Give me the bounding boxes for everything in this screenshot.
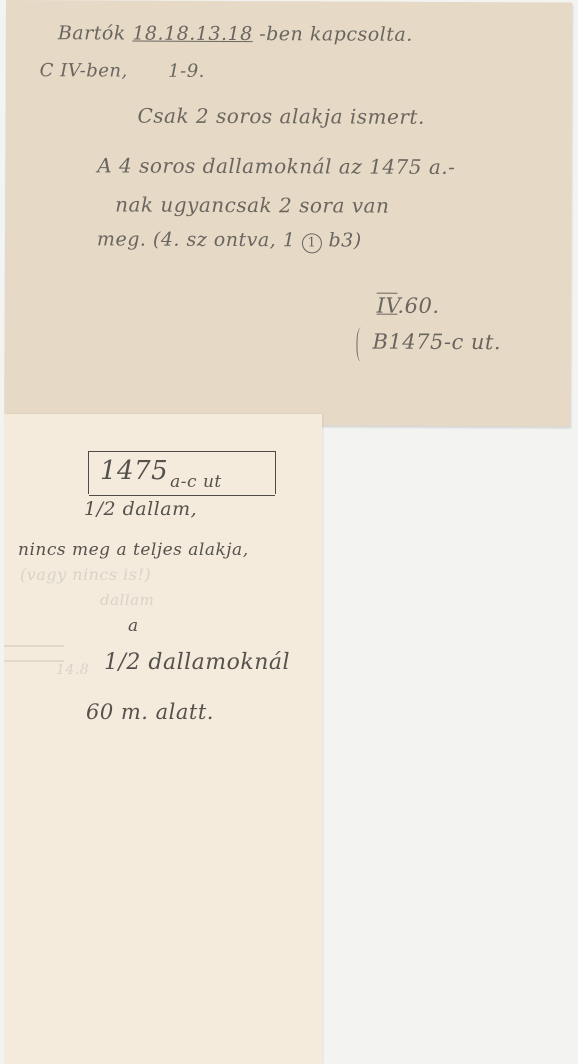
range-ref: 1-9. — [168, 61, 205, 82]
paper-fold-mark — [4, 645, 64, 647]
note-line-reference: meg. (4. sz ontva, 1 1 b3) — [97, 228, 362, 253]
heading-subscript: a-c ut — [170, 472, 222, 492]
top-note-card: Bartók 18.18.13.18 -ben kapcsolta. C IV-… — [4, 0, 572, 426]
line1-suffix: -ben kapcsolta. — [259, 23, 413, 46]
bracket-mark — [356, 328, 367, 362]
author-name: Bartók — [58, 22, 126, 44]
roman-numeral: IV — [377, 294, 398, 318]
reference-suffix: b3) — [328, 229, 361, 251]
catalog-number-value: .60. — [397, 294, 439, 318]
note-line-four-row-melodies: A 4 soros dallamoknál az 1475 a.- — [97, 153, 455, 179]
bleed-through-text: (vagy nincs is!) — [20, 565, 151, 584]
bleed-through-text: 14.8 — [56, 662, 89, 678]
note-line-under-60: 60 m. alatt. — [86, 700, 214, 724]
note-line-civ: C IV-ben, 1-9. — [40, 60, 205, 82]
bleed-through-text: dallam — [100, 591, 154, 609]
note-line-also-two-rows: nak ugyancsak 2 sora van — [115, 192, 389, 217]
catalog-number: IV.60. — [377, 294, 440, 318]
reference-prefix: meg. (4. sz ontva, 1 — [97, 228, 296, 251]
section-ref: C IV-ben, — [40, 60, 128, 81]
song-numbers: 18.18.13.18 — [132, 23, 252, 46]
note-line-only-two-rows: Csak 2 soros alakja ismert. — [137, 104, 424, 129]
note-line-bartok: Bartók 18.18.13.18 -ben kapcsolta. — [58, 22, 413, 46]
note-line-article: a — [128, 616, 139, 636]
catalog-cross-ref: B1475-c ut. — [372, 330, 501, 355]
heading-number: 1475 — [100, 456, 168, 486]
note-line-not-full-form: nincs meg a teljes alakja, — [18, 540, 249, 560]
boxed-heading: 1475a-c ut — [100, 456, 222, 486]
circled-number: 1 — [302, 233, 322, 253]
paper-fold-mark — [4, 660, 64, 662]
note-line-half-melody: 1/2 dallam, — [84, 498, 197, 520]
note-line-half-melody-types: 1/2 dallamoknál — [104, 650, 290, 675]
